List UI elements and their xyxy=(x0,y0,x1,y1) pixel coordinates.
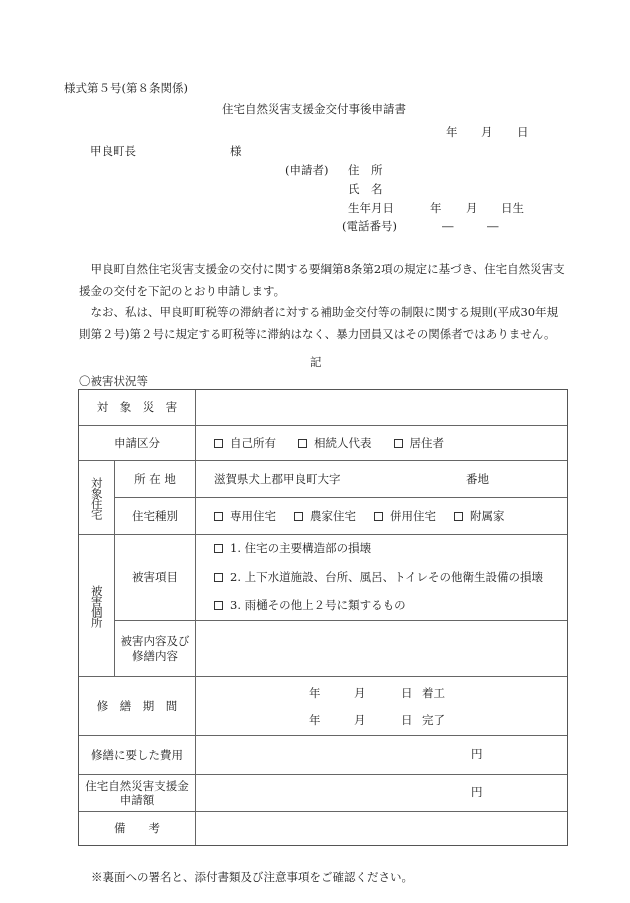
house-type-label: 住宅種別 xyxy=(115,498,195,534)
application-type-options: 自己所有 相続人代表 居住者 xyxy=(214,426,564,460)
damage-option-sanitary[interactable]: 2. 上下水道施設、台所、風呂、トイレその他衛生設備の損壊 xyxy=(214,572,543,584)
damage-option-gutter[interactable]: 3. 雨樋その他上２号に類するもの xyxy=(214,600,406,612)
applicant-label: (申請者) xyxy=(285,165,328,177)
house-type-options: 専用住宅 農家住宅 併用住宅 附属家 xyxy=(214,498,564,534)
damage-items-label: 被害項目 xyxy=(115,535,195,620)
checkbox-icon[interactable] xyxy=(214,512,223,521)
phone-separator-2: ― xyxy=(487,221,499,233)
repair-end-status: 完了 xyxy=(422,715,445,727)
body-paragraph-1: 甲良町自然住宅災害支援金の交付に関する要綱第8条第2項の規定に基づき、住宅自然災… xyxy=(79,259,569,302)
addressee-honorific: 様 xyxy=(230,146,242,158)
section-heading: 〇被害状況等 xyxy=(79,376,148,388)
option-dedicated-house[interactable]: 専用住宅 xyxy=(214,509,276,523)
damage-option-structural[interactable]: 1. 住宅の主要構造部の損壊 xyxy=(214,543,371,555)
repair-period-field[interactable]: 年 月 日 着工 年 月 日 完了 xyxy=(196,677,567,735)
applicant-name-label: 氏 名 xyxy=(348,184,383,196)
location-field[interactable]: 滋賀県犬上郡甲良町大字 番地 xyxy=(214,461,564,497)
option-resident[interactable]: 居住者 xyxy=(394,436,445,450)
form-number: 様式第５号(第８条関係) xyxy=(64,83,188,95)
checkbox-icon[interactable] xyxy=(394,439,403,448)
checkbox-icon[interactable] xyxy=(298,439,307,448)
target-house-group-label: 対象住宅 xyxy=(79,461,114,534)
checkbox-icon[interactable] xyxy=(214,544,223,553)
repair-period-label: 修 繕 期 間 xyxy=(79,677,195,735)
location-prefix: 滋賀県犬上郡甲良町大字 xyxy=(214,472,341,486)
option-farm-house[interactable]: 農家住宅 xyxy=(294,509,356,523)
location-suffix: 番地 xyxy=(466,472,489,486)
addressee-name: 甲良町長 xyxy=(90,146,136,158)
option-self-owned[interactable]: 自己所有 xyxy=(214,436,276,450)
damage-details-label: 被害内容及び 修繕内容 xyxy=(115,621,195,676)
option-annex[interactable]: 附属家 xyxy=(454,509,505,523)
footer-note: ※裏面への署名と、添付書類及び注意事項をご確認ください。 xyxy=(91,872,413,884)
checkbox-icon[interactable] xyxy=(214,573,223,582)
checkbox-icon[interactable] xyxy=(294,512,303,521)
remarks-field[interactable] xyxy=(196,812,567,845)
birth-year: 年 xyxy=(430,203,442,215)
damage-details-field[interactable] xyxy=(196,621,567,676)
remarks-label: 備 考 xyxy=(79,812,195,845)
applicant-address-label: 住 所 xyxy=(348,165,383,177)
repair-cost-unit: 円 xyxy=(471,749,483,761)
applicant-birth-label: 生年月日 xyxy=(348,203,394,215)
applicant-phone-label: (電話番号) xyxy=(342,221,397,233)
damage-items-options: 1. 住宅の主要構造部の損壊 2. 上下水道施設、台所、風呂、トイレその他衛生設… xyxy=(214,535,564,620)
subsidy-amount-label: 住宅自然災害支援金 申請額 xyxy=(79,775,195,811)
date-month: 月 xyxy=(481,127,493,139)
subsidy-amount-field[interactable]: 円 xyxy=(196,775,567,811)
birth-month: 月 xyxy=(466,203,478,215)
application-type-label: 申請区分 xyxy=(79,426,195,460)
date-day: 日 xyxy=(517,127,529,139)
checkbox-icon[interactable] xyxy=(214,439,223,448)
repair-cost-field[interactable]: 円 xyxy=(196,736,567,774)
checkbox-icon[interactable] xyxy=(214,601,223,610)
body-paragraph-2: なお、私は、甲良町町税等の滞納者に対する補助金交付等の制限に関する規則(平成30… xyxy=(79,302,569,345)
checkbox-icon[interactable] xyxy=(454,512,463,521)
document-title: 住宅自然災害支援金交付事後申請書 xyxy=(222,104,406,116)
option-mixed-use-house[interactable]: 併用住宅 xyxy=(374,509,436,523)
damage-status-table: 対 象 災 害 申請区分 自己所有 相続人代表 居住者 対象住宅 所 在 地 滋… xyxy=(78,389,568,846)
checkbox-icon[interactable] xyxy=(374,512,383,521)
option-heir-representative[interactable]: 相続人代表 xyxy=(298,436,372,450)
repair-cost-label: 修繕に要した費用 xyxy=(79,736,195,774)
repair-start-status: 着工 xyxy=(422,688,445,700)
phone-separator-1: ― xyxy=(442,221,454,233)
date-year: 年 xyxy=(446,127,458,139)
subsidy-amount-unit: 円 xyxy=(471,787,483,799)
target-disaster-field[interactable] xyxy=(196,390,567,425)
location-label: 所 在 地 xyxy=(115,461,195,497)
ki-label: 記 xyxy=(310,357,322,369)
birth-day: 日生 xyxy=(501,203,524,215)
damage-group-label: 被害個所 xyxy=(79,535,114,676)
target-disaster-label: 対 象 災 害 xyxy=(79,390,195,425)
